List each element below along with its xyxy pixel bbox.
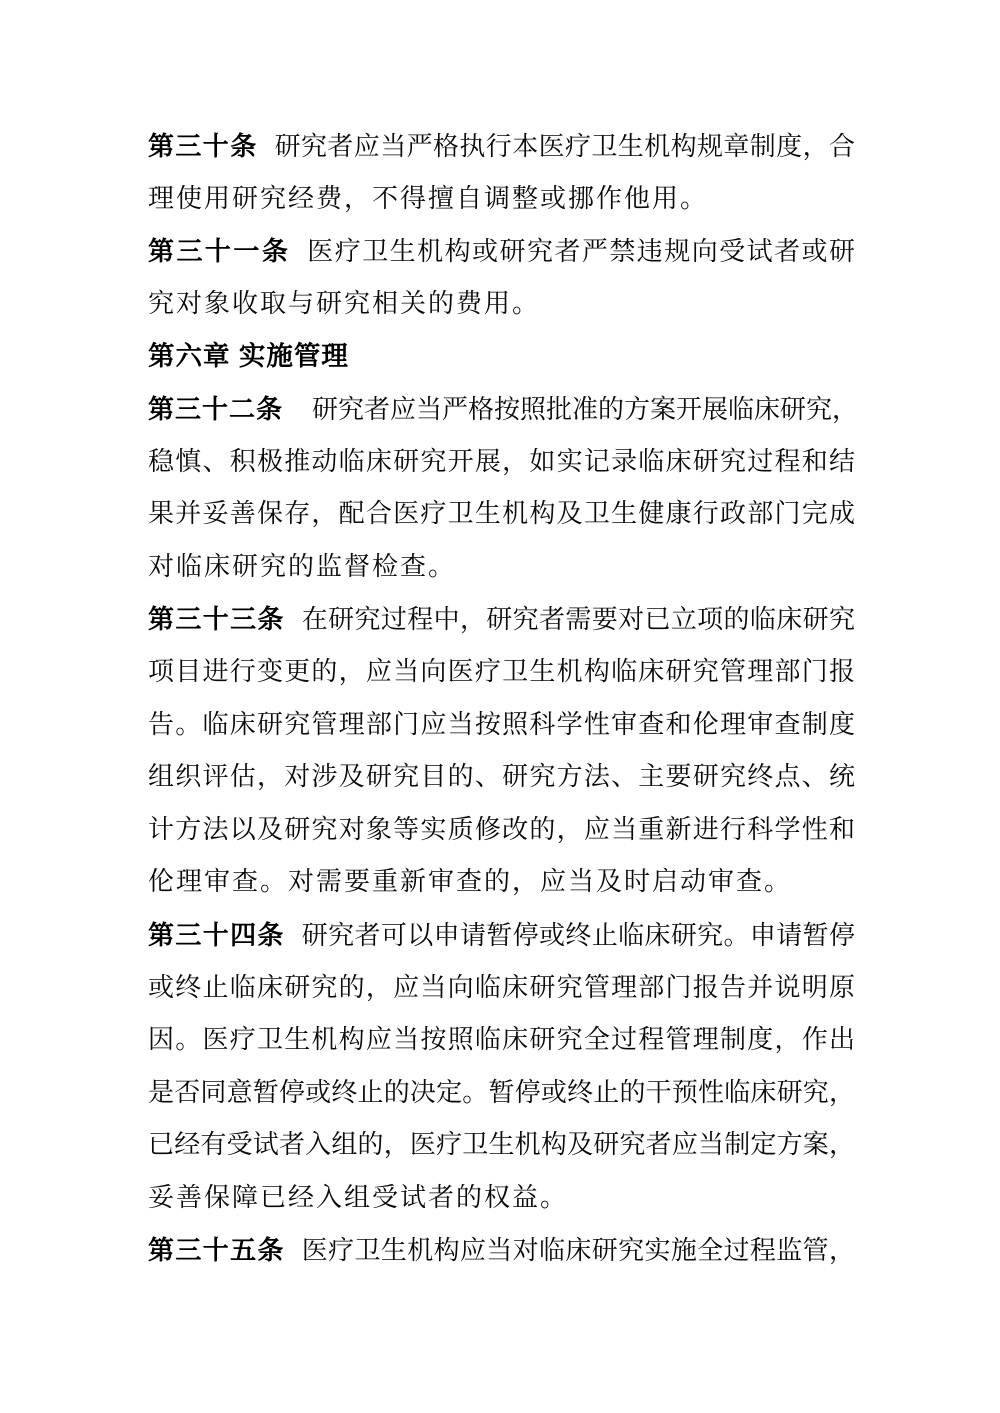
text-line: 或终止临床研究的，应当向临床研究管理部门报告并说明原 [148, 962, 855, 1015]
text-line: 理使用研究经费，不得擅自调整或挪作他用。 [148, 173, 855, 226]
text-line-article-34-start: 第三十四条研究者可以申请暂停或终止临床研究。申请暂停 [148, 909, 855, 962]
line-text: 项目进行变更的，应当向医疗卫生机构临床研究管理部门报 [148, 657, 855, 686]
article-number: 第三十四条 [148, 920, 285, 950]
text-line: 对临床研究的监督检查。 [148, 541, 855, 594]
text-line: 果并妥善保存，配合医疗卫生机构及卫生健康行政部门完成 [148, 488, 855, 541]
line-text: 医疗卫生机构或研究者严禁违规向受试者或研 [307, 237, 855, 266]
article-number: 第三十三条 [148, 604, 285, 634]
text-line: 告。临床研究管理部门应当按照科学性审查和伦理审查制度 [148, 699, 855, 752]
line-text: 妥善保障已经入组受试者的权益。 [148, 1183, 568, 1212]
line-text: 因。医疗卫生机构应当按照临床研究全过程管理制度，作出 [148, 1025, 855, 1054]
text-line-article-33-start: 第三十三条在研究过程中，研究者需要对已立项的临床研究 [148, 593, 855, 646]
line-text: 研究者应当严格执行本医疗卫生机构规章制度，合 [275, 132, 855, 161]
line-text: 组织评估，对涉及研究目的、研究方法、主要研究终点、统 [148, 762, 855, 791]
text-line-article-31-start: 第三十一条医疗卫生机构或研究者严禁违规向受试者或研 [148, 225, 855, 278]
text-line: 是否同意暂停或终止的决定。暂停或终止的干预性临床研究， [148, 1067, 855, 1120]
article-number: 第三十一条 [148, 236, 290, 266]
document-text-block: 第三十条研究者应当严格执行本医疗卫生机构规章制度，合 理使用研究经费，不得擅自调… [148, 120, 855, 1277]
text-line-article-30-start: 第三十条研究者应当严格执行本医疗卫生机构规章制度，合 [148, 120, 855, 173]
document-page: 第三十条研究者应当严格执行本医疗卫生机构规章制度，合 理使用研究经费，不得擅自调… [0, 0, 1000, 1413]
text-line: 计方法以及研究对象等实质修改的，应当重新进行科学性和 [148, 804, 855, 857]
line-text: 果并妥善保存，配合医疗卫生机构及卫生健康行政部门完成 [148, 499, 855, 528]
line-text: 理使用研究经费，不得擅自调整或挪作他用。 [148, 184, 708, 213]
article-number: 第三十二条 [148, 394, 283, 424]
line-text: 在研究过程中，研究者需要对已立项的临床研究 [302, 605, 855, 634]
text-line: 因。医疗卫生机构应当按照临床研究全过程管理制度，作出 [148, 1014, 855, 1067]
line-text: 对临床研究的监督检查。 [148, 552, 456, 581]
chapter-heading: 第六章 实施管理 [148, 330, 855, 383]
text-line: 组织评估，对涉及研究目的、研究方法、主要研究终点、统 [148, 751, 855, 804]
text-line: 究对象收取与研究相关的费用。 [148, 278, 855, 331]
chapter-heading-text: 第六章 实施管理 [148, 341, 349, 371]
line-text: 或终止临床研究的，应当向临床研究管理部门报告并说明原 [148, 973, 855, 1002]
line-text: 告。临床研究管理部门应当按照科学性审查和伦理审查制度 [148, 710, 855, 739]
text-line-article-35-start: 第三十五条医疗卫生机构应当对临床研究实施全过程监管， [148, 1224, 855, 1277]
line-text: 研究者应当严格按照批准的方案开展临床研究， [312, 395, 858, 424]
text-line: 妥善保障已经入组受试者的权益。 [148, 1172, 855, 1225]
line-text: 伦理审查。对需要重新审查的，应当及时启动审查。 [148, 867, 792, 896]
line-text: 已经有受试者入组的，医疗卫生机构及研究者应当制定方案， [148, 1130, 855, 1159]
line-text: 究对象收取与研究相关的费用。 [148, 289, 540, 318]
line-text: 稳慎、积极推动临床研究开展，如实记录临床研究过程和结 [148, 447, 855, 476]
text-line: 伦理审查。对需要重新审查的，应当及时启动审查。 [148, 856, 855, 909]
text-line: 稳慎、积极推动临床研究开展，如实记录临床研究过程和结 [148, 436, 855, 489]
text-line: 项目进行变更的，应当向医疗卫生机构临床研究管理部门报 [148, 646, 855, 699]
text-line: 已经有受试者入组的，医疗卫生机构及研究者应当制定方案， [148, 1119, 855, 1172]
line-text: 研究者可以申请暂停或终止临床研究。申请暂停 [302, 921, 855, 950]
article-number: 第三十五条 [148, 1235, 285, 1265]
line-text: 是否同意暂停或终止的决定。暂停或终止的干预性临床研究， [148, 1078, 855, 1107]
line-text: 医疗卫生机构应当对临床研究实施全过程监管， [302, 1236, 855, 1265]
line-text: 计方法以及研究对象等实质修改的，应当重新进行科学性和 [148, 815, 855, 844]
article-number: 第三十条 [148, 131, 258, 161]
text-line-article-32-start: 第三十二条研究者应当严格按照批准的方案开展临床研究， [148, 383, 855, 436]
